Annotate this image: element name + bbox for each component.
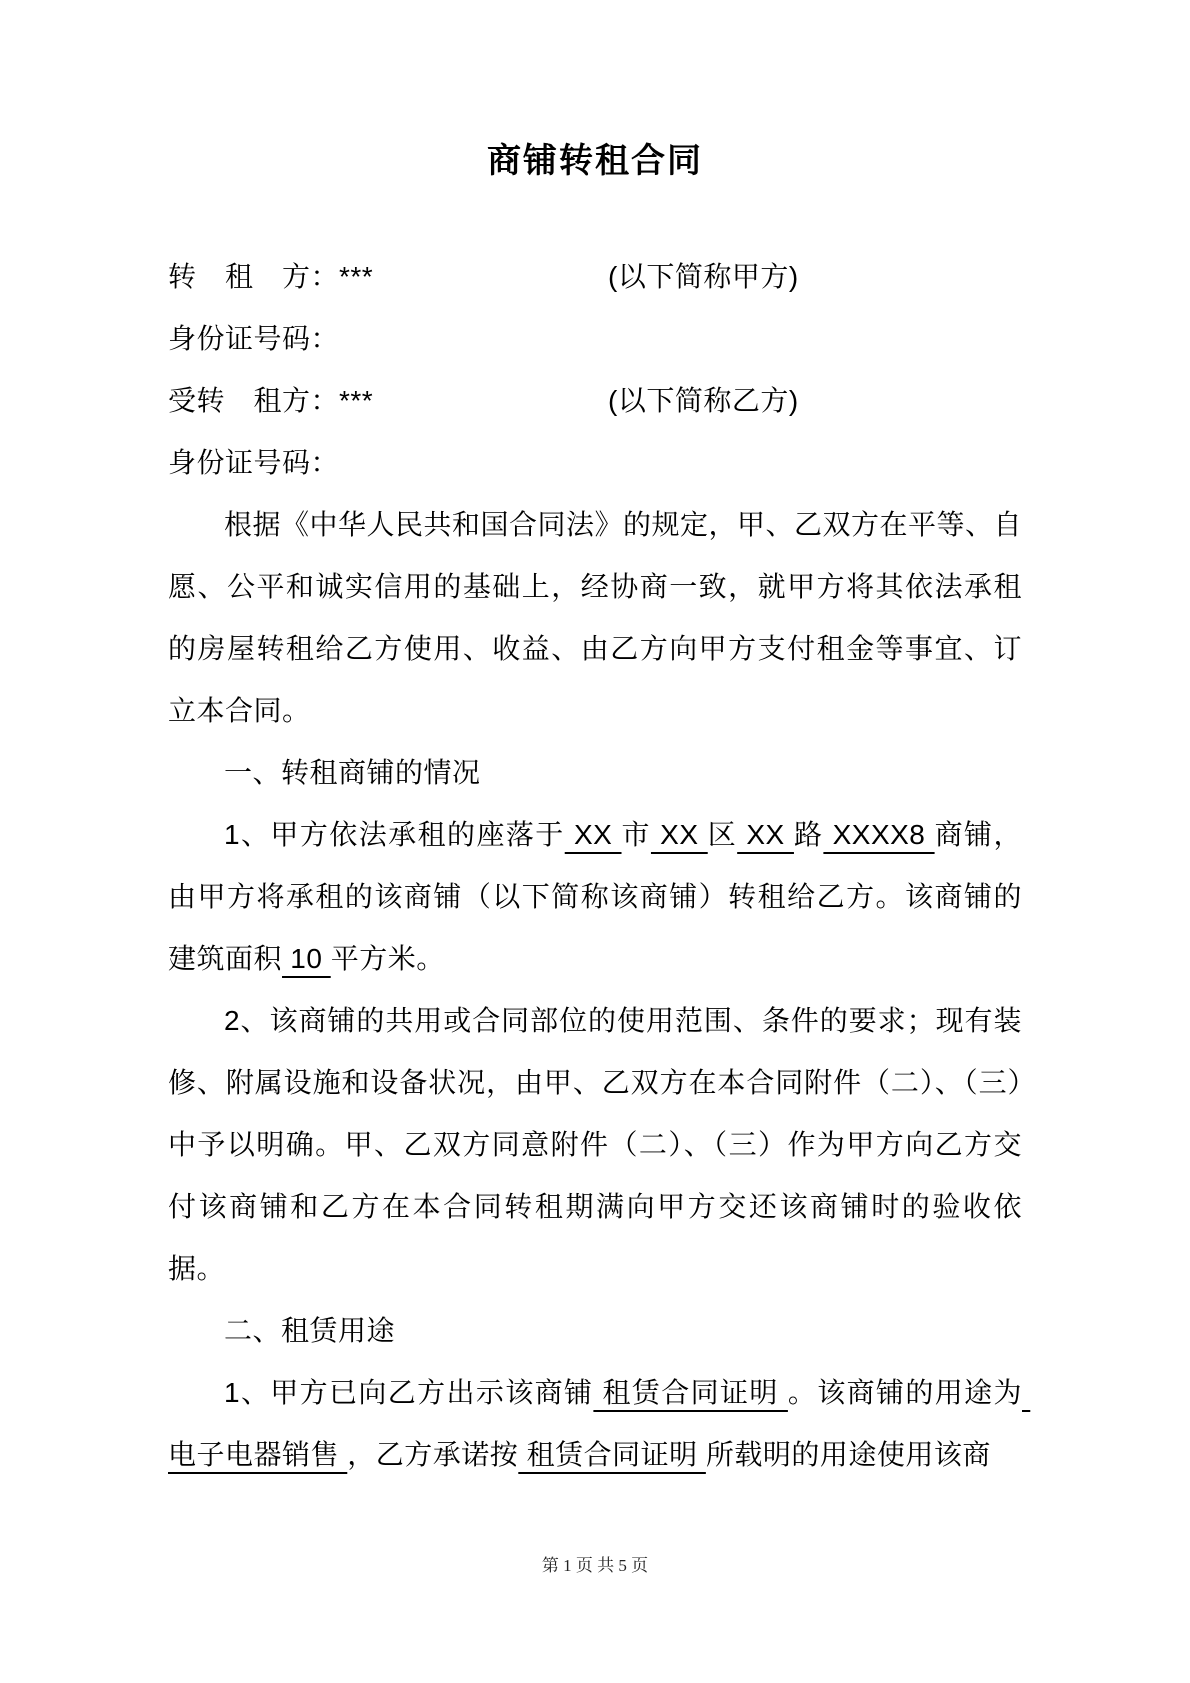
clause-text: 1、甲方已向乙方出示该商铺 [224, 1377, 593, 1408]
party-alias [608, 432, 1022, 494]
blank-lease-proof: 租赁合同证明 [518, 1439, 706, 1470]
clause-text: 1、甲方依法承租的座落于 [224, 819, 565, 850]
party-label: 身份证号码： [168, 308, 608, 370]
party-label: 转 租 方：*** [168, 246, 608, 308]
party-line-sublessor-id: 身份证号码： [168, 308, 1022, 370]
party-alias [608, 308, 1022, 370]
blank-district: XX [651, 819, 708, 850]
party-label: 身份证号码： [168, 432, 608, 494]
clause-text: ，乙方承诺按 [347, 1439, 518, 1470]
blank-address-number: XXXX8 [823, 819, 934, 850]
clause-text: 所载明的用途使用该商 [706, 1439, 991, 1470]
clause-text: 区 [708, 819, 737, 850]
clause-1-1: 1、甲方依法承租的座落于 XX 市 XX 区 XX 路 XXXX8 商铺，由甲方… [168, 804, 1022, 990]
clause-text: 路 [794, 819, 823, 850]
preamble-paragraph: 根据《中华人民共和国合同法》的规定，甲、乙双方在平等、自愿、公平和诚实信用的基础… [168, 494, 1022, 742]
clause-2-1: 1、甲方已向乙方出示该商铺 租赁合同证明 。该商铺的用途为 电子电器销售 ，乙方… [168, 1362, 1022, 1486]
party-alias: (以下简称甲方) [608, 246, 1022, 308]
clause-text: 市 [622, 819, 651, 850]
document-body: 转 租 方：***(以下简称甲方) 身份证号码： 受转 租方：***(以下简称乙… [168, 246, 1022, 1486]
blank-lease-proof: 租赁合同证明 [593, 1377, 788, 1408]
party-line-sublessor: 转 租 方：***(以下简称甲方) [168, 246, 1022, 308]
clause-1-2: 2、该商铺的共用或合同部位的使用范围、条件的要求；现有装修、附属设施和设备状况，… [168, 990, 1022, 1300]
clause-text: 平方米。 [331, 943, 445, 974]
party-label: 受转 租方：*** [168, 370, 608, 432]
party-line-sublessee: 受转 租方：***(以下简称乙方) [168, 370, 1022, 432]
blank-city: XX [565, 819, 622, 850]
page-footer: 第 1 页 共 5 页 [0, 1552, 1190, 1580]
blank-area: 10 [282, 943, 331, 974]
party-alias: (以下简称乙方) [608, 370, 1022, 432]
document-title: 商铺转租合同 [0, 0, 1190, 184]
section-2-heading: 二、租赁用途 [168, 1300, 1022, 1362]
blank-road: XX [737, 819, 794, 850]
clause-text: 。该商铺的用途为 [788, 1377, 1022, 1408]
document-page: 商铺转租合同 转 租 方：***(以下简称甲方) 身份证号码： 受转 租方：**… [0, 0, 1190, 1683]
section-1-heading: 一、转租商铺的情况 [168, 742, 1022, 804]
party-line-sublessee-id: 身份证号码： [168, 432, 1022, 494]
